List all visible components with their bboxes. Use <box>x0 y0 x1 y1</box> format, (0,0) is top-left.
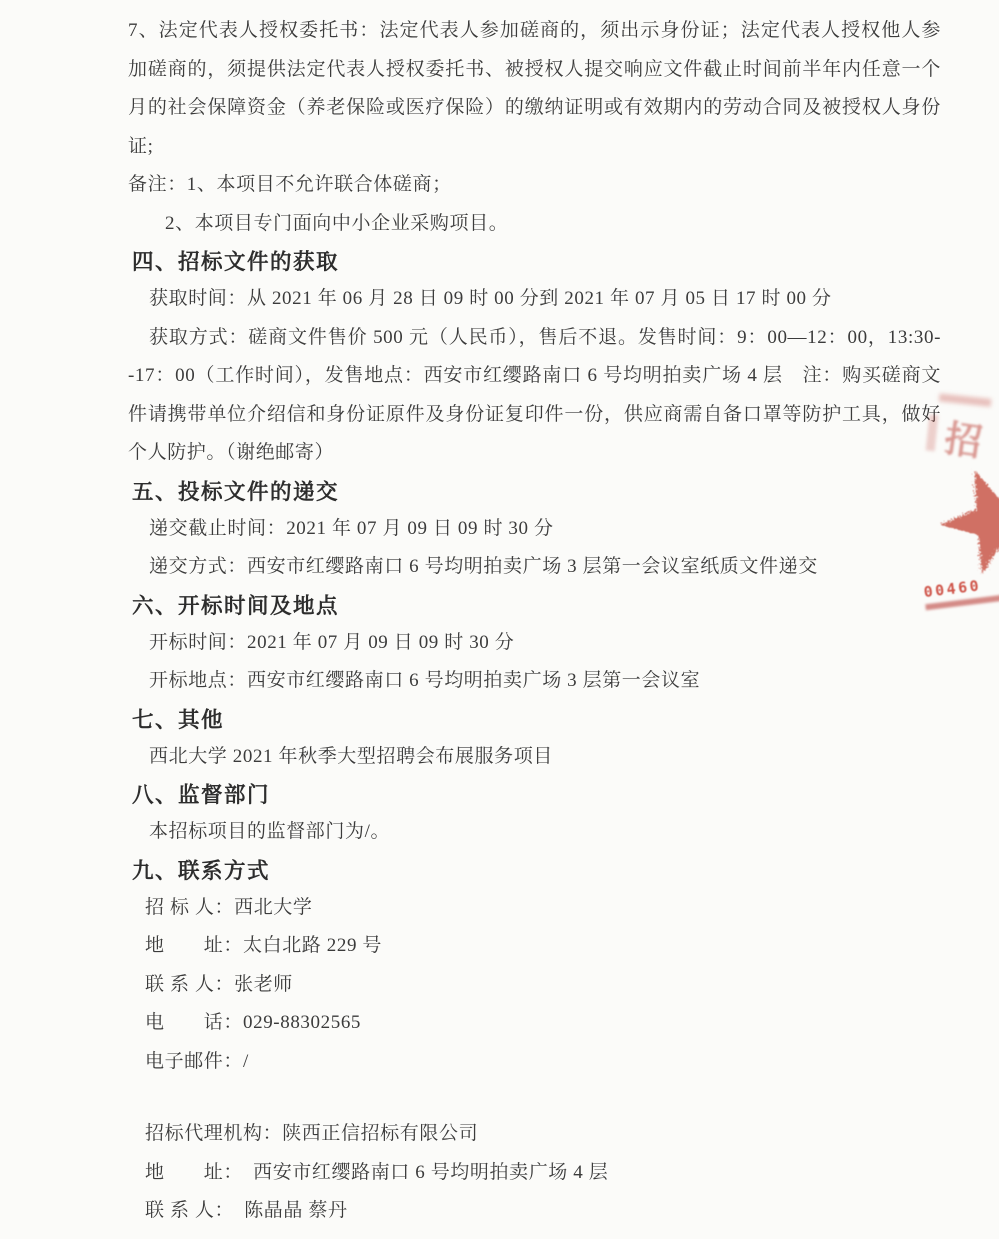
agency-contact-person: 联 系 人： 陈晶晶 蔡丹 <box>128 1192 941 1231</box>
agency-name: 招标代理机构：陕西正信招标有限公司 <box>128 1115 941 1154</box>
section-9-heading: 九、联系方式 <box>132 856 941 886</box>
section-8-heading: 八、监督部门 <box>132 780 941 810</box>
contact-tenderer: 招 标 人：西北大学 <box>128 889 941 928</box>
notes-block: 备注：1、本项目不允许联合体磋商； 2、本项目专门面向中小企业采购项目。 <box>128 166 941 243</box>
document-body: 7、法定代表人授权委托书：法定代表人参加磋商的，须出示身份证；法定代表人授权他人… <box>0 0 999 1231</box>
clause-7-paragraph: 7、法定代表人授权委托书：法定代表人参加磋商的，须出示身份证；法定代表人授权他人… <box>128 12 941 166</box>
section-4-heading: 四、招标文件的获取 <box>132 247 941 277</box>
section-6-heading: 六、开标时间及地点 <box>132 591 941 621</box>
contact-phone: 电 话：029-88302565 <box>128 1004 941 1043</box>
section-7-heading: 七、其他 <box>132 705 941 735</box>
note-line-1: 备注：1、本项目不允许联合体磋商； <box>128 166 941 205</box>
section-4-obtain-time: 获取时间：从 2021 年 06 月 28 日 09 时 00 分到 2021 … <box>128 280 941 319</box>
contact-email: 电子邮件：/ <box>128 1043 941 1082</box>
note-line-2: 2、本项目专门面向中小企业采购项目。 <box>128 205 941 244</box>
contact-address: 地 址：太白北路 229 号 <box>128 927 941 966</box>
section-7-project-name: 西北大学 2021 年秋季大型招聘会布展服务项目 <box>128 738 941 777</box>
section-6-open-time: 开标时间：2021 年 07 月 09 日 09 时 30 分 <box>128 624 941 663</box>
section-5-method: 递交方式：西安市红缨路南口 6 号均明拍卖广场 3 层第一会议室纸质文件递交 <box>128 548 941 587</box>
section-5-deadline: 递交截止时间：2021 年 07 月 09 日 09 时 30 分 <box>128 510 941 549</box>
scanned-document-page: 7、法定代表人授权委托书：法定代表人参加磋商的，须出示身份证；法定代表人授权他人… <box>0 0 999 1239</box>
contact-person: 联 系 人：张老师 <box>128 966 941 1005</box>
section-8-supervisor: 本招标项目的监督部门为/。 <box>128 813 941 852</box>
section-5-heading: 五、投标文件的递交 <box>132 477 941 507</box>
blank-gap <box>128 1081 941 1115</box>
section-4-obtain-method: 获取方式：磋商文件售价 500 元（人民币），售后不退。发售时间：9：00—12… <box>128 319 941 473</box>
section-6-open-place: 开标地点：西安市红缨路南口 6 号均明拍卖广场 3 层第一会议室 <box>128 662 941 701</box>
agency-address: 地 址： 西安市红缨路南口 6 号均明拍卖广场 4 层 <box>128 1154 941 1193</box>
